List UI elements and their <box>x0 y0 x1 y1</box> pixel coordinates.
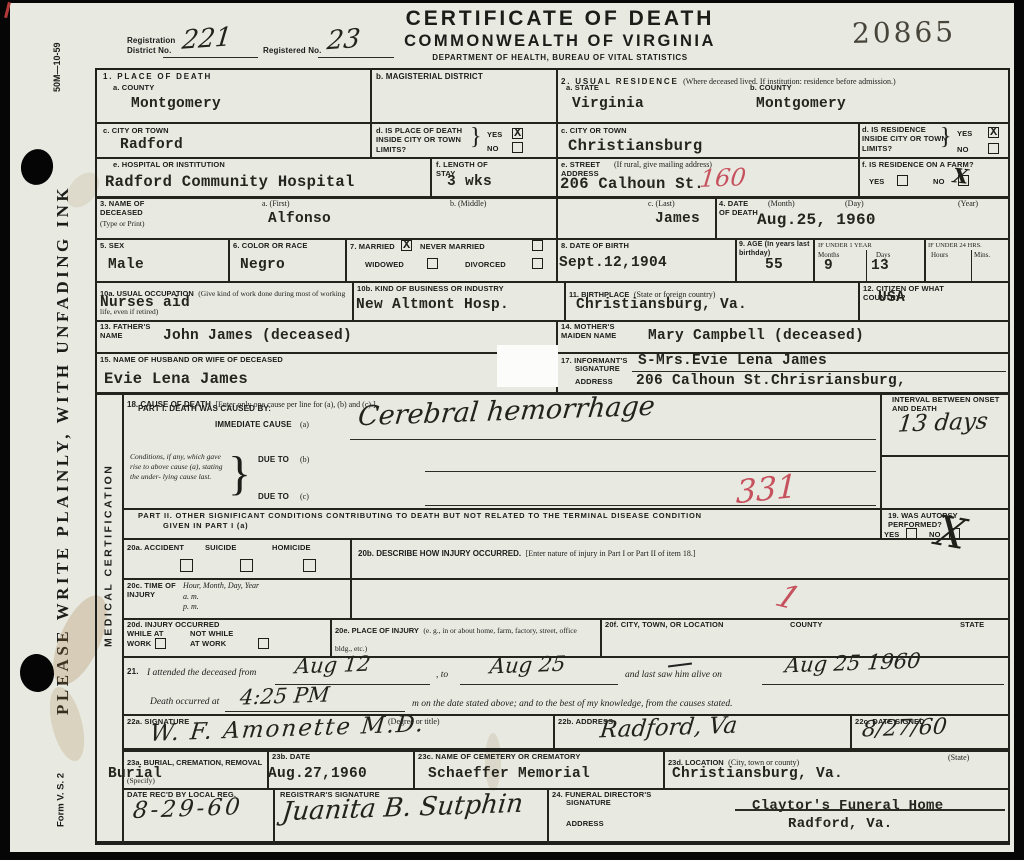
checkbox-while-at-work <box>155 638 166 649</box>
field-20c-label: 20c. TIME OF INJURY <box>127 581 185 600</box>
rule <box>330 618 332 656</box>
field-7-married-label: 7. MARRIED <box>350 242 395 251</box>
field-8-label: 8. DATE OF BIRTH <box>561 241 629 250</box>
field-20d-label: 20d. INJURY OCCURRED <box>127 620 220 629</box>
rule <box>735 809 1005 811</box>
field-17-label-2: SIGNATURE <box>575 364 620 373</box>
rule <box>122 508 1010 510</box>
field-1c-label: c. CITY OR TOWN <box>103 126 169 135</box>
field-21-number: 21. <box>127 667 139 677</box>
scan-edge-top <box>0 0 1024 3</box>
field-14-value: Mary Campbell (deceased) <box>648 328 864 344</box>
rule <box>858 122 860 196</box>
rule <box>600 618 602 656</box>
field-2d-label: d. IS RESIDENCE INSIDE CITY OR TOWN LIMI… <box>862 125 948 153</box>
field-17-address-label: ADDRESS <box>575 377 613 386</box>
field-14-label: 14. MOTHER'S MAIDEN NAME <box>561 322 633 341</box>
scan-edge-bottom <box>0 852 1024 860</box>
attended-to-value: Aug 25 <box>489 652 567 679</box>
field-2c-label: c. CITY OR TOWN <box>561 126 627 135</box>
field-4-year-label: (Year) <box>958 199 978 208</box>
rule <box>350 538 352 618</box>
field-18-immediate-label: IMMEDIATE CAUSE <box>215 420 292 430</box>
field-18-conditions-label: Conditions, if any, which gave rise to a… <box>130 452 224 481</box>
field-20f-state-label: STATE <box>960 620 984 629</box>
field-2c-value: Christiansburg <box>568 137 702 155</box>
field-15-value: Evie Lena James <box>104 370 248 388</box>
brace-glyph: } <box>470 124 482 151</box>
field-2b-label: b. COUNTY <box>750 83 792 92</box>
field-20a-homicide-label: HOMICIDE <box>272 543 311 552</box>
date-received-value: 8-29-60 <box>132 794 244 824</box>
field-20b-bracket: [Enter nature of injury in Part I or Par… <box>526 549 696 558</box>
field-7-divorced-label: DIVORCED <box>465 260 506 269</box>
field-20d-notwhile-label: NOT WHILE <box>190 629 233 638</box>
field-2e-paren: (If rural, give mailing address) <box>614 160 712 169</box>
field-20d-work-label: WORK <box>127 639 151 648</box>
medical-certification-label: MEDICAL CERTIFICATION <box>96 435 121 675</box>
checkbox-farm-yes <box>897 175 908 186</box>
rule <box>715 196 717 238</box>
rule <box>122 578 1010 580</box>
field-2f-no-label: NO <box>933 177 945 186</box>
rule <box>273 788 275 845</box>
field-18-b-label: (b) <box>300 455 309 464</box>
rule <box>425 471 876 472</box>
field-10b-value: New Altmont Hosp. <box>356 297 509 313</box>
rule <box>122 714 1010 716</box>
field-1e-label: e. HOSPITAL OR INSTITUTION <box>113 160 225 169</box>
rule <box>122 538 1010 540</box>
checkbox-accident <box>180 559 193 572</box>
field-20b-label: 20b. DESCRIBE HOW INJURY OCCURRED. <box>358 549 521 558</box>
rule <box>547 788 549 845</box>
field-17-address-value: 206 Calhoun St.Chrisriansburg, <box>636 373 906 389</box>
field-17-value: S-Mrs.Evie Lena James <box>638 353 827 369</box>
rule <box>762 684 1004 685</box>
field-3b-label: b. (Middle) <box>450 199 486 208</box>
field-5-value: Male <box>108 257 144 273</box>
checkbox-widowed <box>427 258 438 269</box>
field-18-part2-label-2: GIVEN IN PART I (a) <box>163 521 248 530</box>
rule <box>352 281 354 320</box>
rule <box>163 57 258 58</box>
rule <box>95 196 1010 199</box>
field-20e-label: 20e. PLACE OF INJURY <box>335 626 419 635</box>
rule <box>95 122 1010 124</box>
field-3-paren: (Type or Print) <box>100 219 144 228</box>
field-9-age-value: 55 <box>765 257 783 273</box>
field-1d-no-label: NO <box>487 144 499 153</box>
field-7-widowed-label: WIDOWED <box>365 260 404 269</box>
rule <box>95 238 1010 240</box>
field-1e-value: Radford Community Hospital <box>105 173 355 191</box>
rule <box>735 238 737 281</box>
checkmark-residence-inside-yes: X <box>990 125 997 139</box>
checkbox-residence-inside-no <box>988 143 999 154</box>
scan-edge-right <box>1014 0 1024 860</box>
field-3a-label: a. (First) <box>262 199 290 208</box>
checkbox-never-married <box>532 240 543 251</box>
commonwealth-subtitle: COMMONWEALTH OF VIRGINIA <box>335 32 785 51</box>
funeral-home-name: Claytor's Funeral Home <box>752 798 943 814</box>
rule <box>850 714 852 748</box>
field-10a-value: Nurses aid <box>100 295 190 311</box>
death-time-value: 4:25 PM <box>239 682 331 709</box>
print-code: 50M—10-59 <box>48 22 66 112</box>
field-13-value: John James (deceased) <box>163 328 352 344</box>
rule <box>350 439 876 440</box>
field-2f-label: f. IS RESIDENCE ON A FARM? <box>862 160 1010 169</box>
rule <box>663 751 665 788</box>
checkmark-place-inside-yes: X <box>514 126 521 140</box>
rule <box>880 455 1010 457</box>
physician-address: Radford, Va <box>599 713 739 744</box>
last-alive-value: Aug 25 1960 <box>784 649 922 678</box>
checkbox-suicide <box>240 559 253 572</box>
rule <box>971 250 972 281</box>
field-9-under-year-label: IF UNDER 1 YEAR <box>818 242 872 249</box>
field-19-yes-label: YES <box>884 530 899 539</box>
department-line: DEPARTMENT OF HEALTH, BUREAU OF VITAL ST… <box>335 53 785 62</box>
field-6-value: Negro <box>240 257 285 273</box>
field-9-months-value: 9 <box>824 258 833 274</box>
funeral-home-address: Radford, Va. <box>788 816 892 832</box>
brace-glyph: } <box>228 446 251 501</box>
field-21-to-word: , to <box>436 670 448 680</box>
field-3a-value: Alfonso <box>268 211 331 227</box>
rule <box>228 238 230 281</box>
checkbox-autopsy-yes <box>906 528 917 539</box>
checkmark-farm-no: X <box>952 163 970 188</box>
field-18-part1-label: PART I. DEATH WAS CAUSED BY: <box>138 404 271 414</box>
field-1b-label: b. MAGISTERIAL DISTRICT <box>376 72 516 82</box>
brace-glyph: } <box>940 124 952 151</box>
certificate-title: CERTIFICATE OF DEATH <box>335 7 785 31</box>
checkbox-divorced <box>532 258 543 269</box>
field-18-a-label: (a) <box>300 420 309 429</box>
field-9-days-value: 13 <box>871 258 889 274</box>
field-21-text-1: I attended the deceased from <box>147 668 256 678</box>
field-3c-value: James <box>655 211 700 227</box>
checkmark-married: X <box>403 238 410 252</box>
field-4-label: 4. DATE OF DEATH <box>719 199 761 218</box>
field-2a-value: Virginia <box>572 96 644 112</box>
field-8-value: Sept.12,1904 <box>559 255 667 271</box>
attended-from-value: Aug 12 <box>294 652 372 679</box>
rule <box>924 238 926 281</box>
certificate-number-stamp: 20865 <box>852 15 957 50</box>
field-23b-value: Aug.27,1960 <box>268 766 367 782</box>
form-number: Form V. S. 2 <box>52 752 70 847</box>
field-1d-label: d. IS PLACE OF DEATH INSIDE CITY OR TOWN… <box>376 126 468 154</box>
field-15-label: 15. NAME OF HUSBAND OR WIFE OF DECEASED <box>100 355 283 364</box>
field-18-c-label: (c) <box>300 492 309 501</box>
funeral-director-label-2: SIGNATURE <box>566 798 611 807</box>
field-20a-suicide-label: SUICIDE <box>205 543 236 552</box>
field-9-under-24-label: IF UNDER 24 HRS. <box>928 242 982 249</box>
field-18-due-b-label: DUE TO <box>258 455 289 465</box>
field-4-day-label: (Day) <box>845 199 864 208</box>
cause-code-annotation: 331 <box>735 467 797 512</box>
death-certificate-scan: 50M—10-59 PLEASE WRITE PLAINLY, WITH UNF… <box>0 0 1024 860</box>
field-20c-sub-label: Hour, Month, Day, Year <box>183 581 259 590</box>
field-2a-label: a. STATE <box>566 83 599 92</box>
rule <box>413 751 415 788</box>
field-20e-label-row: 20e. PLACE OF INJURY (e. g., in or about… <box>335 620 593 656</box>
rule <box>95 157 1010 159</box>
field-12-value: USA <box>878 290 905 306</box>
field-23d-value: Christiansburg, Va. <box>672 766 843 782</box>
interval-value: 13 days <box>897 408 990 437</box>
field-23b-label: 23b. DATE <box>272 752 310 761</box>
date-signed-value: 8/27/60 <box>861 714 948 742</box>
field-9-age-label: 9. AGE (In years last birthday) <box>739 241 811 259</box>
rule <box>858 281 860 320</box>
funeral-address-label: ADDRESS <box>566 819 604 828</box>
field-7-never-label: NEVER MARRIED <box>420 242 485 251</box>
field-21-text-4: m on the date stated above; and to the b… <box>412 699 732 709</box>
rule <box>866 250 867 281</box>
field-1-label: 1. PLACE OF DEATH <box>103 72 212 82</box>
field-23c-label: 23c. NAME OF CEMETERY OR CREMATORY <box>418 752 658 761</box>
field-3c-label: c. (Last) <box>648 199 675 208</box>
field-3-label: 3. NAME OF DECEASED <box>100 199 166 218</box>
field-1c-value: Radford <box>120 137 183 153</box>
field-2b-value: Montgomery <box>756 96 846 112</box>
field-1a-value: Montgomery <box>131 96 221 112</box>
registration-district-value: 221 <box>180 22 233 56</box>
rule <box>370 68 372 157</box>
rule <box>430 157 432 196</box>
field-9-hours-label: Hours <box>931 251 948 259</box>
street-code-annotation: 160 <box>699 163 748 193</box>
field-13-label: 13. FATHER'S NAME <box>100 322 162 341</box>
registered-no-label: Registered No. <box>263 46 322 56</box>
checkbox-not-while-at-work <box>258 638 269 649</box>
field-20b-label-row: 20b. DESCRIBE HOW INJURY OCCURRED. [Ente… <box>358 543 998 561</box>
rule <box>564 281 566 320</box>
redacted-area <box>497 345 558 387</box>
field-4-month-label: (Month) <box>768 199 795 208</box>
registration-district-label-1: Registration <box>127 36 175 46</box>
field-20d-atwork-label: AT WORK <box>190 639 226 648</box>
checkbox-homicide <box>303 559 316 572</box>
field-20d-while-label: WHILE AT <box>127 629 164 638</box>
field-23c-value: Schaeffer Memorial <box>428 766 590 782</box>
rule <box>553 714 555 748</box>
field-10b-label: 10b. KIND OF BUSINESS OR INDUSTRY <box>357 284 557 293</box>
field-20a-accident-label: 20a. ACCIDENT <box>127 543 184 552</box>
field-2d-no-label: NO <box>957 145 969 154</box>
field-20c-am-label: a. m. <box>183 592 199 601</box>
rule <box>460 684 618 685</box>
rule <box>122 748 1010 752</box>
field-2e-value: 206 Calhoun St. <box>560 175 704 193</box>
field-1d-yes-label: YES <box>487 130 502 139</box>
registration-district-label-2: District No. <box>127 46 171 56</box>
field-1a-label: a. COUNTY <box>113 83 154 92</box>
rule <box>813 238 815 281</box>
field-2f-yes-label: YES <box>869 177 884 186</box>
rule <box>556 68 558 281</box>
field-6-label: 6. COLOR OR RACE <box>233 241 308 250</box>
rule <box>345 238 347 281</box>
rule <box>95 320 1010 322</box>
field-5-label: 5. SEX <box>100 241 124 250</box>
field-4-value: Aug.25, 1960 <box>757 211 876 229</box>
scan-edge-left <box>0 0 10 860</box>
field-20f-county-label: COUNTY <box>790 620 823 629</box>
field-1f-value: 3 wks <box>447 174 492 190</box>
field-21-text-2: and last saw him alive on <box>625 670 722 680</box>
rule <box>425 505 876 506</box>
field-18-part2-label-1: PART II. OTHER SIGNIFICANT CONDITIONS CO… <box>138 511 702 520</box>
field-20c-pm-label: p. m. <box>183 602 199 611</box>
field-2d-yes-label: YES <box>957 129 972 138</box>
field-11-value: Christiansburg, Va. <box>576 297 747 313</box>
field-21-text-3: Death occurred at <box>150 697 219 707</box>
field-23d-state-label: (State) <box>948 753 969 762</box>
rule <box>880 392 882 540</box>
checkbox-place-inside-no <box>512 142 523 153</box>
field-23a-value: Burial <box>108 766 162 782</box>
field-18-due-c-label: DUE TO <box>258 492 289 502</box>
field-20f-label: 20f. CITY, TOWN, OR LOCATION <box>605 620 724 629</box>
field-9-mins-label: Mins. <box>974 251 990 259</box>
